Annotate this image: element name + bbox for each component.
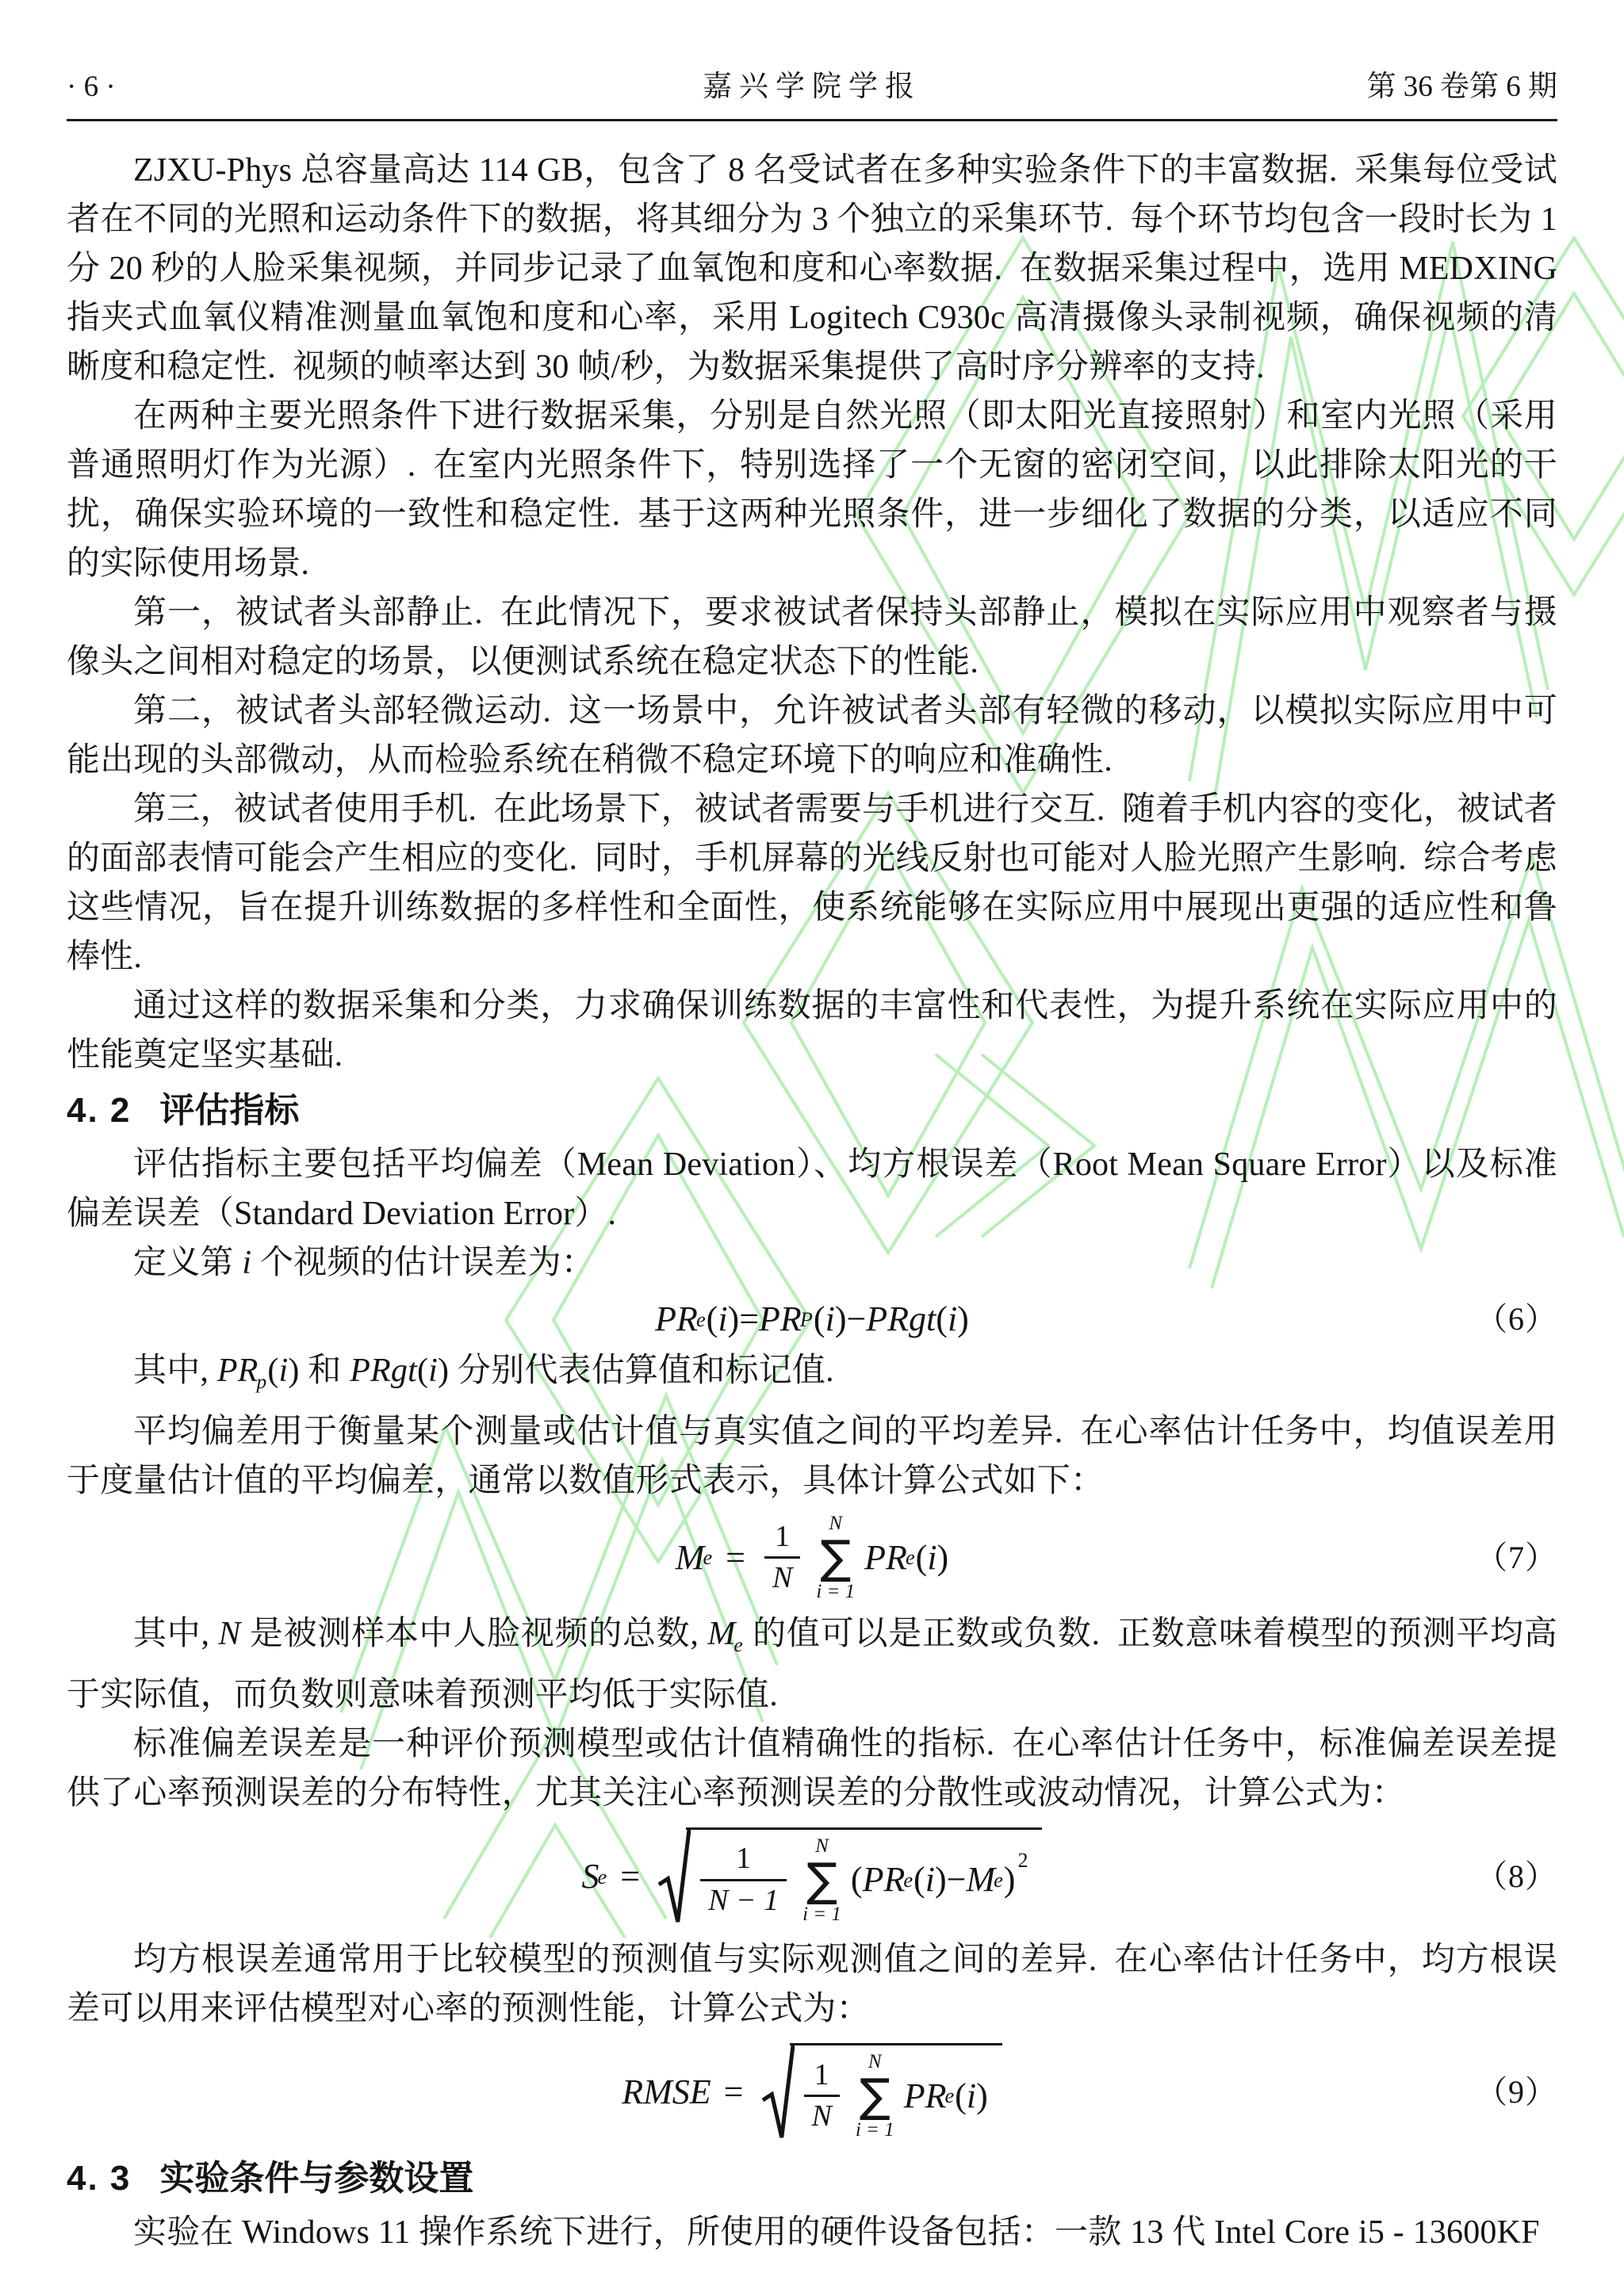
summation-symbol: N ∑ i = 1 (856, 2052, 894, 2140)
paragraph-scenario-3: 第三，被试者使用手机. 在此场景下，被试者需要与手机进行交互. 随着手机内容的变… (67, 785, 1557, 982)
equation-8-lhs: Se (582, 1858, 608, 1896)
running-head: · 6 · 嘉兴学院学报 第 36 卷第 6 期 (67, 62, 1557, 105)
journal-title: 嘉兴学院学报 (505, 62, 1119, 105)
section-title: 评估指标 (159, 1091, 299, 1130)
paragraph-rmse: 均方根误差通常用于比较模型的预测值与实际观测值之间的差异. 在心率估计任务中，均… (67, 1935, 1557, 2034)
paragraph-dataset: ZJXU-Phys 总容量高达 114 GB，包含了 8 名受试者在多种实验条件… (67, 146, 1557, 392)
section-heading-4-2: 4. 2评估指标 (67, 1083, 1557, 1138)
summation-symbol: N ∑ i = 1 (802, 1836, 841, 1924)
paragraph-experiment-setup: 实验在 Windows 11 操作系统下进行，所使用的硬件设备包括：一款 13 … (67, 2208, 1557, 2257)
equals-sign: = (726, 1539, 745, 1577)
equation-9-lhs: RMSE (622, 2073, 710, 2111)
section-heading-4-3: 4. 3实验条件与参数设置 (67, 2151, 1557, 2206)
issue-info: 第 36 卷第 6 期 (1119, 62, 1557, 105)
equation-7: Me = 1 N N ∑ i = 1 PRe(i) （7） (67, 1513, 1557, 1601)
fraction: 1 N (764, 1520, 800, 1596)
square-root: 1 N N ∑ i = 1 PRe(i) (761, 2043, 1002, 2141)
paragraph-where-eq6: 其中, PRp(i) 和 PRgt(i) 分别代表估算值和标记值. (67, 1346, 1557, 1407)
paragraph-metrics: 评估指标主要包括平均偏差（Mean Deviation）、均方根误差（Root … (67, 1140, 1557, 1238)
section-number: 4. 3 (67, 2159, 131, 2198)
paragraph-lighting: 在两种主要光照条件下进行数据采集，分别是自然光照（即太阳光直接照射）和室内光照（… (67, 392, 1557, 588)
equation-8-number: （8） (1476, 1859, 1557, 1894)
paragraph-mean-deviation: 平均偏差用于衡量某个测量或估计值与真实值之间的平均差异. 在心率估计任务中，均值… (67, 1407, 1557, 1506)
paragraph-define-error: 定义第 i 个视频的估计误差为： (67, 1238, 1557, 1288)
paragraph-summary: 通过这样的数据采集和分类，力求确保训练数据的丰富性和代表性，为提升系统在实际应用… (67, 982, 1557, 1080)
journal-page: · 6 · 嘉兴学院学报 第 36 卷第 6 期 ZJXU-Phys 总容量高达… (0, 0, 1624, 2296)
page-body: ZJXU-Phys 总容量高达 114 GB，包含了 8 名受试者在多种实验条件… (67, 146, 1557, 2257)
square-root: 1 N − 1 N ∑ i = 1 (PRe(i) − Me) 2 (657, 1827, 1042, 1926)
section-title: 实验条件与参数设置 (159, 2159, 473, 2198)
equals-sign: = (724, 2073, 744, 2111)
page-number: · 6 · (67, 70, 505, 104)
fraction: 1 N − 1 (700, 1842, 787, 1918)
equation-7-lhs: Me (676, 1539, 713, 1577)
summation-symbol: N ∑ i = 1 (816, 1513, 855, 1601)
equation-9-number: （9） (1476, 2075, 1557, 2110)
equation-8: Se = 1 N − 1 N ∑ i = 1 (PRe(i) − Me (67, 1827, 1557, 1926)
equation-9: RMSE = 1 N N ∑ i = 1 PRe(i) (67, 2043, 1557, 2141)
paragraph-stddev: 标准偏差误差是一种评价预测模型或估计值精确性的指标. 在心率估计任务中，标准偏差… (67, 1720, 1557, 1818)
section-number: 4. 2 (67, 1091, 131, 1130)
equation-7-rhs: PRe(i) (864, 1539, 948, 1577)
header-rule (67, 119, 1557, 121)
equation-7-number: （7） (1476, 1540, 1557, 1575)
equation-8-rhs: (PRe(i) − Me) (851, 1861, 1016, 1899)
paragraph-scenario-1: 第一，被试者头部静止. 在此情况下，要求被试者保持头部静止，模拟在实际应用中观察… (67, 588, 1557, 687)
equation-6-body: PRe(i) = PRP(i) − PRgt(i) (655, 1300, 969, 1338)
equation-6: PRe(i) = PRP(i) − PRgt(i) （6） (67, 1300, 1557, 1338)
equation-9-rhs: PRe(i) (904, 2077, 988, 2115)
paragraph-scenario-2: 第二，被试者头部轻微运动. 这一场景中，允许被试者头部有轻微的移动，以模拟实际应… (67, 687, 1557, 785)
paragraph-where-eq7: 其中, N 是被测样本中人脸视频的总数, Me 的值可以是正数或负数. 正数意味… (67, 1609, 1557, 1720)
equals-sign: = (620, 1858, 640, 1896)
exponent: 2 (1017, 1850, 1028, 1873)
equation-6-number: （6） (1476, 1302, 1557, 1337)
fraction: 1 N (804, 2058, 840, 2134)
